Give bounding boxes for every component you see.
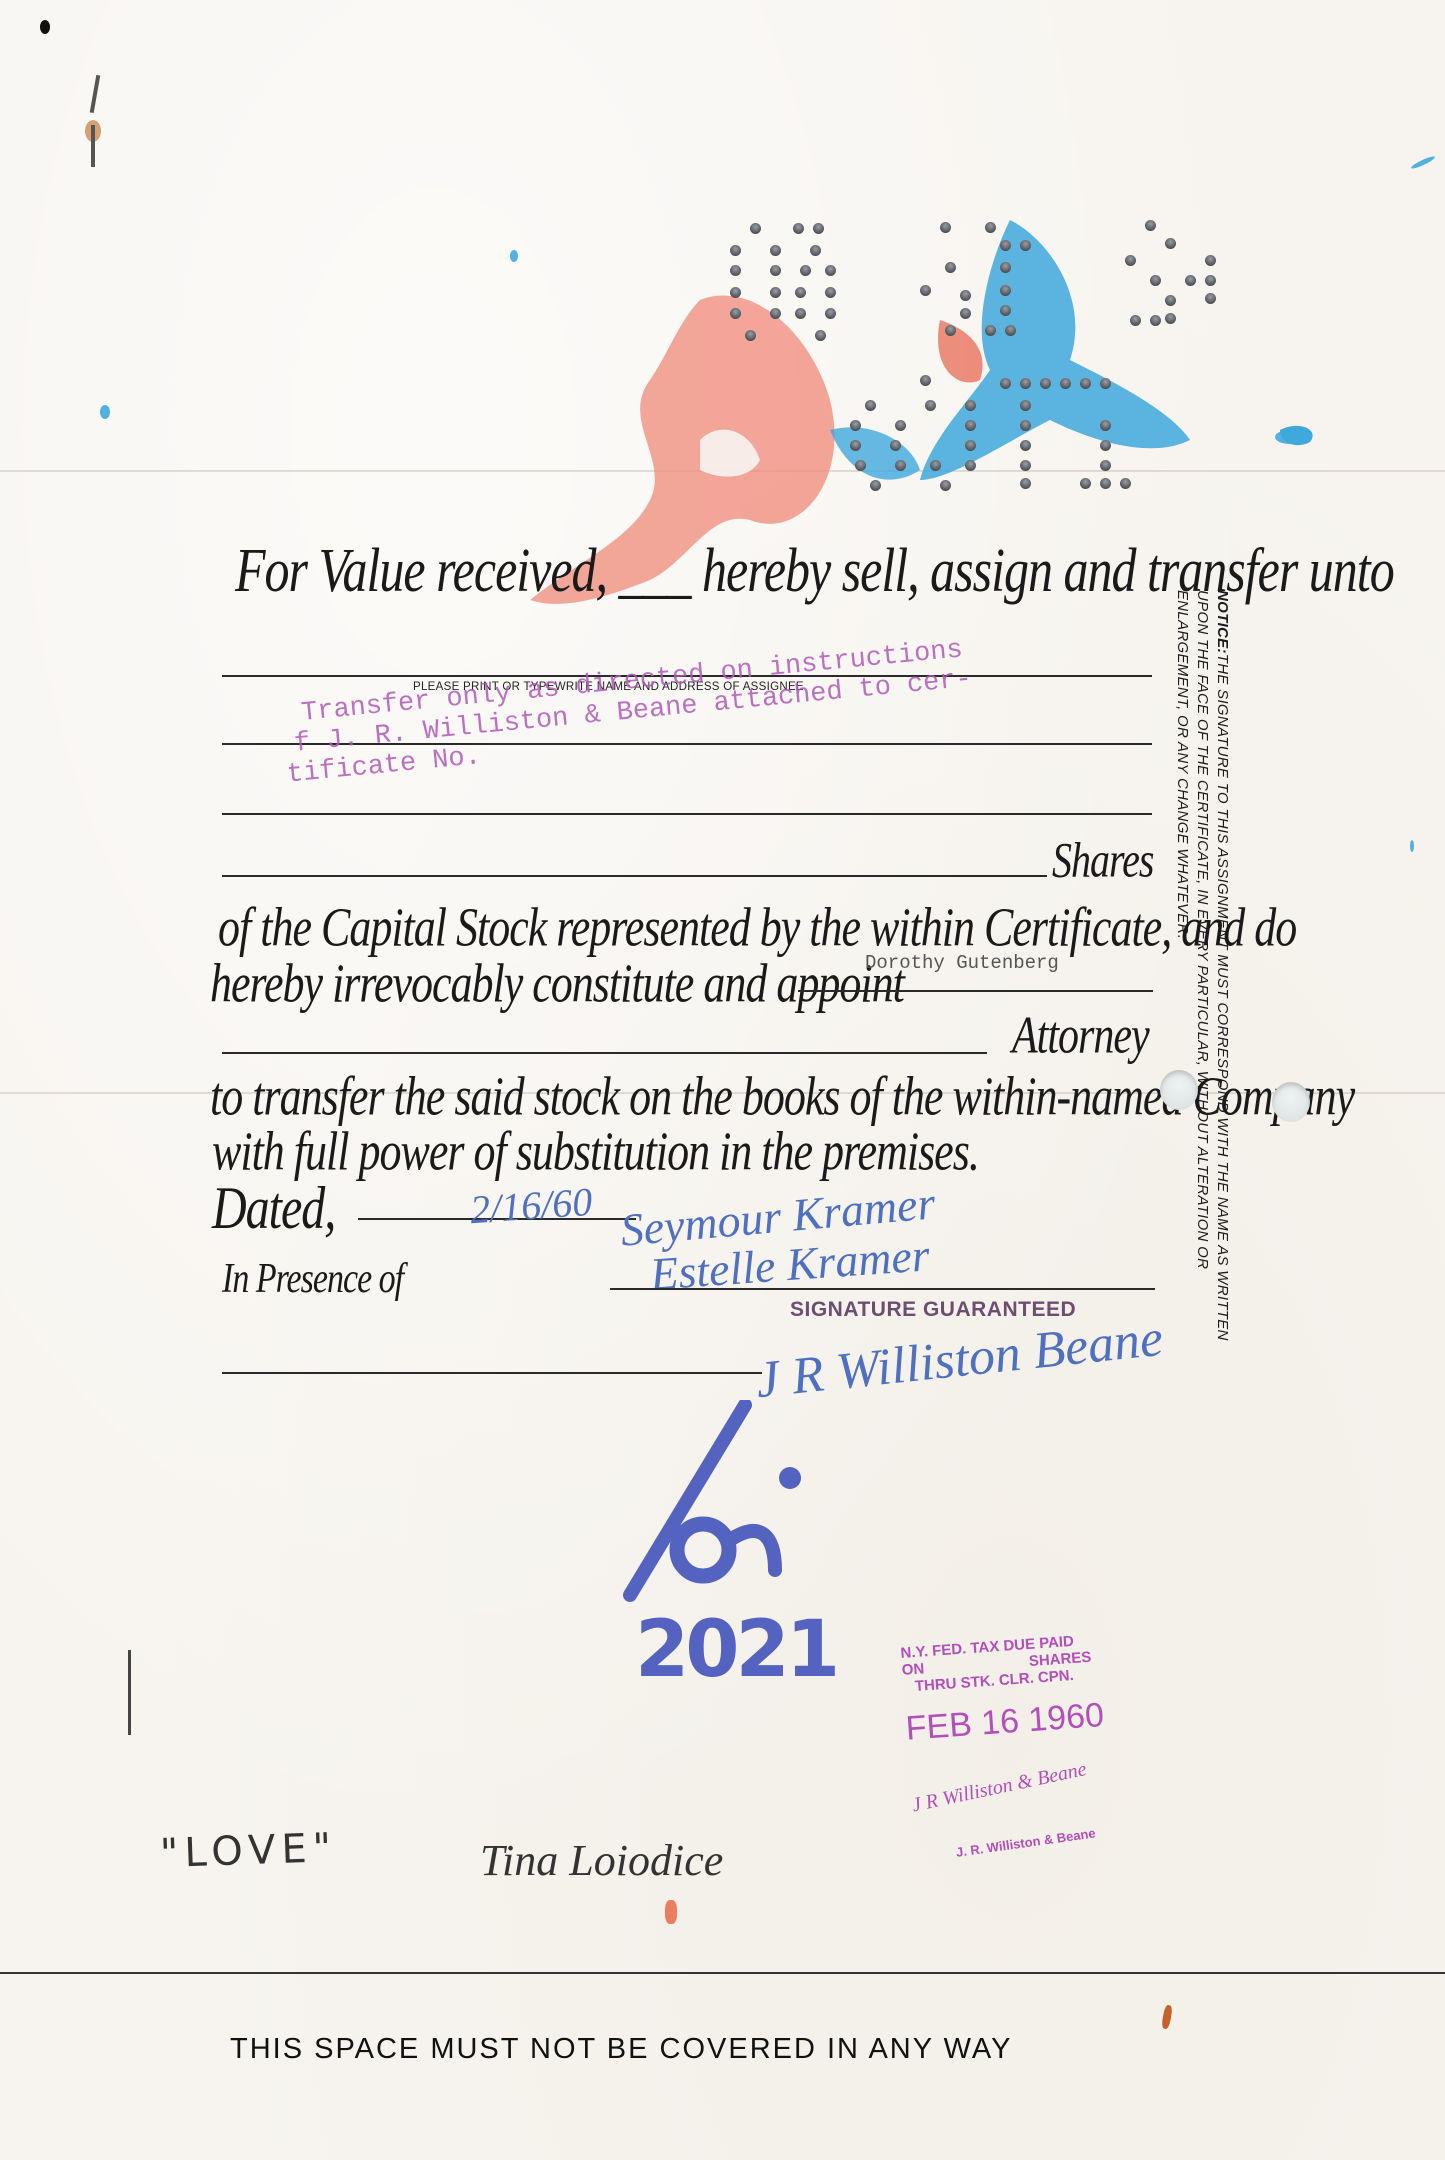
paint-fleck xyxy=(510,250,518,262)
paint-drip xyxy=(665,1900,677,1924)
artwork-title-note: "LOVE" xyxy=(159,1825,338,1877)
attorney-label: Attorney xyxy=(1012,1006,1149,1066)
artist-name-note: Tina Loiodice xyxy=(480,1835,723,1886)
punched-hole xyxy=(1160,1070,1198,1110)
signature-guaranteed-stamp: SIGNATURE GUARANTEED xyxy=(790,1298,1076,1322)
paint-fleck xyxy=(1410,840,1414,852)
staple-mark xyxy=(91,125,95,167)
notice-body: THE SIGNATURE TO THIS ASSIGNMENT MUST CO… xyxy=(1174,590,1231,1341)
footer-warning: THIS SPACE MUST NOT BE COVERED IN ANY WA… xyxy=(230,2033,1012,2066)
capital-stock-line: of the Capital Stock represented by the … xyxy=(218,895,1296,959)
notice-text-block: NOTICE:THE SIGNATURE TO THIS ASSIGNMENT … xyxy=(1162,590,1232,1370)
paint-fleck xyxy=(100,405,110,419)
guarantor-signature: J R Williston Beane xyxy=(753,1309,1166,1410)
appoint-line-rule xyxy=(798,990,1153,992)
shares-label: Shares xyxy=(1052,830,1153,889)
assignee-line-3 xyxy=(222,813,1152,815)
tax-stamp-signature: J R Williston & Beane xyxy=(910,1758,1089,1817)
punched-hole xyxy=(1272,1082,1310,1122)
dated-label: Dated, xyxy=(212,1174,335,1243)
in-presence-label: In Presence of xyxy=(222,1256,403,1304)
paint-fleck xyxy=(1410,155,1436,171)
handwritten-date: 2/16/60 xyxy=(469,1178,594,1233)
shares-line xyxy=(222,875,1047,877)
staple-mark xyxy=(128,1650,131,1735)
transfer-instructions-stamp: Transfer only as directed on instruction… xyxy=(290,635,976,790)
appoint-line: hereby irrevocably constitute and appoin… xyxy=(210,951,904,1015)
tax-stamp-firm: J. R. Williston & Beane xyxy=(955,1825,1096,1859)
signature-line xyxy=(610,1288,1155,1290)
ink-dot xyxy=(40,20,50,34)
tax-stamp-on: ON xyxy=(901,1660,925,1679)
attorney-name: Dorothy Gutenberg xyxy=(865,952,1059,974)
tax-stamp-date: FEB 16 1960 xyxy=(905,1696,1106,1749)
document-page: For Value received, ___ hereby sell, ass… xyxy=(0,0,1445,2160)
footer-divider xyxy=(0,1972,1445,1974)
tax-paid-stamp: N.Y. FED. TAX DUE PAID ON SHARES THRU ST… xyxy=(900,1631,1105,1749)
artist-year: 2021 xyxy=(635,1605,836,1695)
paint-fleck xyxy=(1161,2004,1173,2029)
staple-mark xyxy=(90,75,101,113)
paint-fleck xyxy=(1275,430,1305,444)
notice-heading: NOTICE: xyxy=(1214,590,1231,654)
witness-line xyxy=(222,1372,762,1374)
attorney-line xyxy=(222,1052,987,1054)
